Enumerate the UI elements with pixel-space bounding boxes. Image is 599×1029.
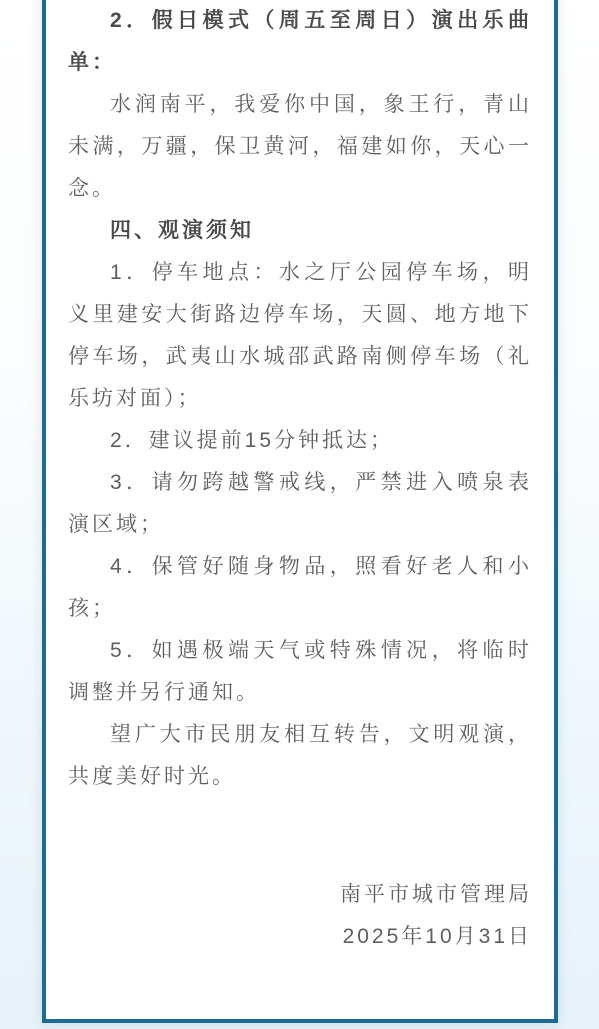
notice-item-weather: 5．如遇极端天气或特殊情况，将临时调整并另行通知。 <box>68 630 532 714</box>
closing-paragraph: 望广大市民朋友相互转告，文明观演，共度美好时光。 <box>68 714 532 798</box>
section-heading-notice: 四、观演须知 <box>68 210 532 252</box>
notice-item-belongings: 4．保管好随身物品，照看好老人和小孩； <box>68 546 532 630</box>
signature-org: 南平市城市管理局 <box>68 874 532 916</box>
notice-item-arrival: 2．建议提前15分钟抵达； <box>68 420 532 462</box>
playlist-heading: 2．假日模式（周五至周日）演出乐曲单： <box>68 0 532 84</box>
notice-item-cordon: 3．请勿跨越警戒线，严禁进入喷泉表演区域； <box>68 462 532 546</box>
announcement-frame: 2．假日模式（周五至周日）演出乐曲单： 水润南平，我爱你中国，象王行，青山未满，… <box>42 0 558 1023</box>
notice-item-parking: 1．停车地点：水之厅公园停车场，明义里建安大街路边停车场，天圆、地方地下停车场，… <box>68 252 532 420</box>
signature-date: 2025年10月31日 <box>68 916 532 958</box>
announcement-body: 2．假日模式（周五至周日）演出乐曲单： 水润南平，我爱你中国，象王行，青山未满，… <box>46 0 554 958</box>
playlist-body: 水润南平，我爱你中国，象王行，青山未满，万疆，保卫黄河，福建如你，天心一念。 <box>68 84 532 210</box>
signature-block: 南平市城市管理局 2025年10月31日 <box>68 874 532 958</box>
